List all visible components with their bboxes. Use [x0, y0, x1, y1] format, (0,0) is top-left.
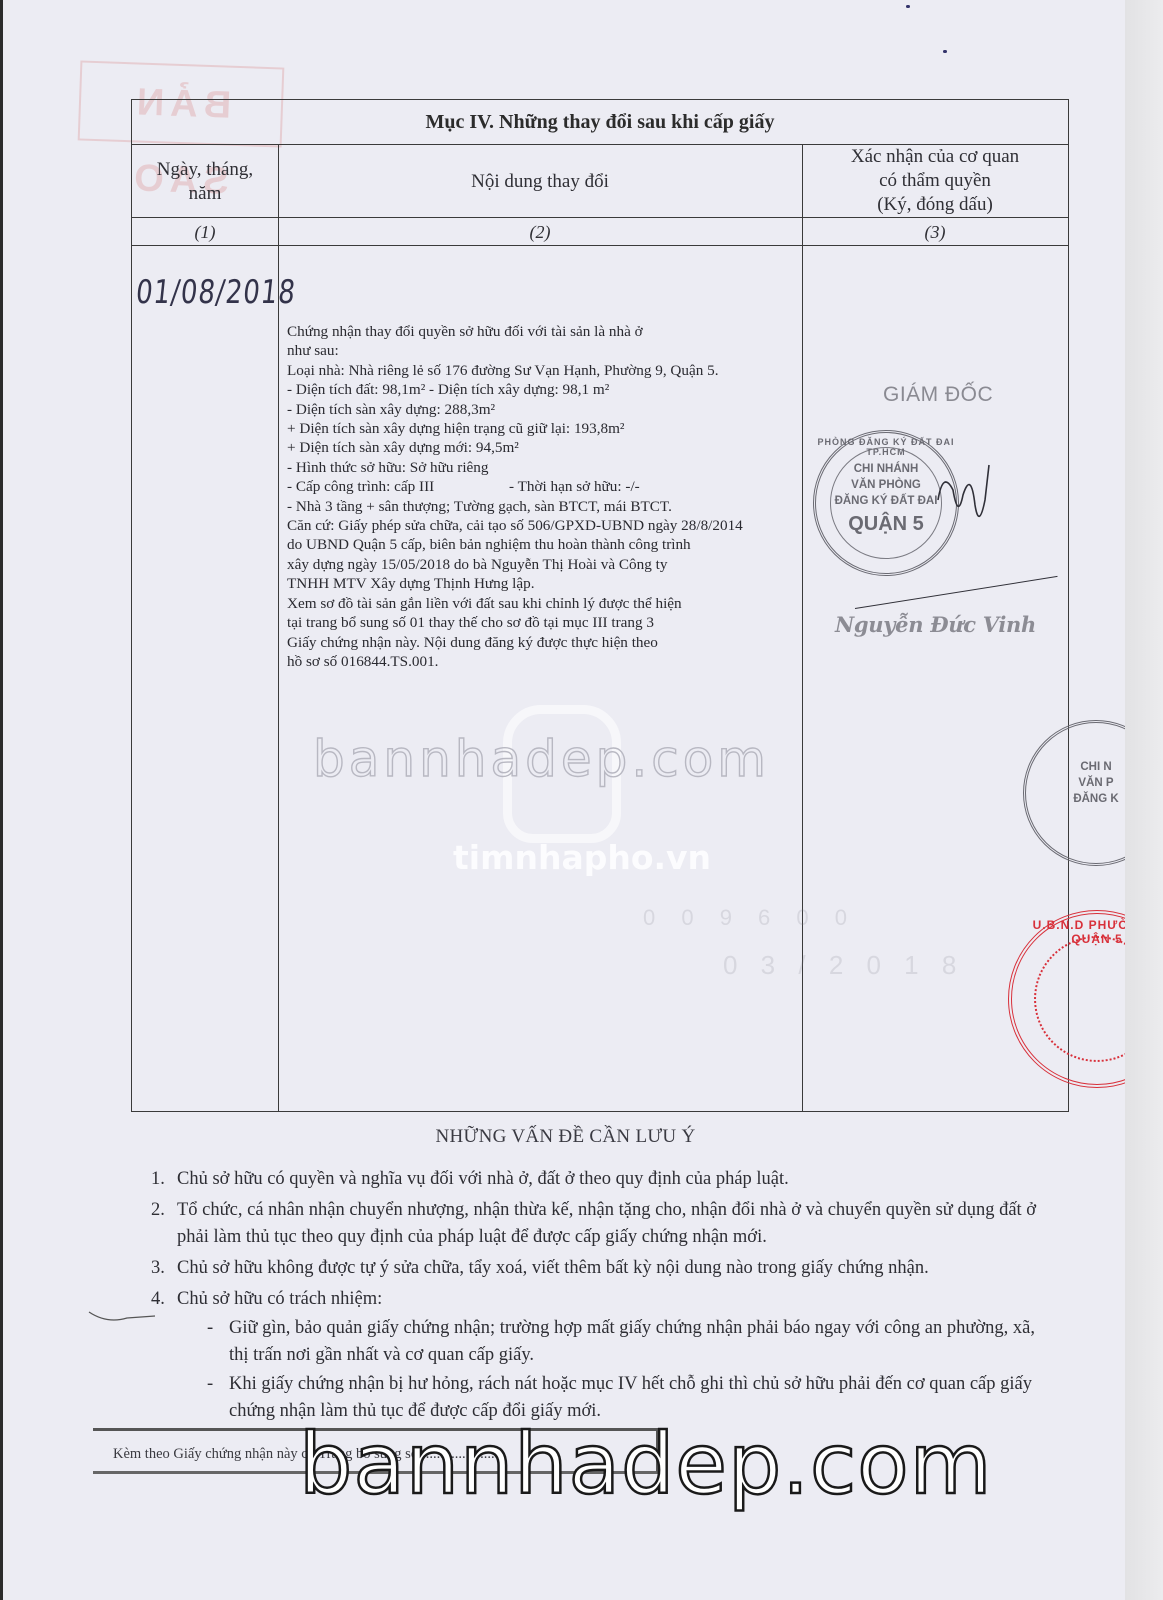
note-text: Tổ chức, cá nhân nhận chuyển nhượng, nhậ…: [177, 1200, 1036, 1247]
term-text: - Thời hạn sở hữu: -/-: [509, 477, 640, 496]
ink-speck: [943, 50, 947, 53]
content-line: tại trang bổ sung số 01 thay thế cho sơ …: [287, 613, 802, 632]
scan-margin: [1125, 0, 1163, 1600]
note-number: 3.: [151, 1255, 165, 1282]
content-line: - Diện tích sàn xây dựng: 288,3m²: [287, 400, 802, 419]
note-item: 1. Chủ sở hữu có quyền và nghĩa vụ đối v…: [151, 1166, 1051, 1193]
note-item: 3. Chủ sở hữu không được tự ý sửa chữa, …: [151, 1255, 1051, 1282]
notes-title: NHỮNG VẤN ĐỀ CẦN LƯU Ý: [3, 1126, 1128, 1148]
subitem-text: Giữ gìn, bảo quản giấy chứng nhận; trườn…: [229, 1318, 1035, 1365]
section-title: Mục IV. Những thay đổi sau khi cấp giấy: [132, 100, 1068, 145]
column-number: (2): [278, 222, 802, 243]
grade-line: - Cấp công trình: cấp III - Thời hạn sở …: [287, 477, 802, 496]
signer-name: Nguyễn Đức Vinh: [835, 612, 1036, 637]
content-line: Giấy chứng nhận này. Nội dung đăng ký đư…: [287, 633, 802, 652]
note-number: 2.: [151, 1197, 165, 1224]
row-divider: [132, 217, 1068, 218]
header-line: Nội dung thay đổi: [278, 170, 802, 194]
content-line: Loại nhà: Nhà riêng lẻ số 176 đường Sư V…: [287, 361, 802, 380]
bleed-through-text: 0 0 9 6 0 0: [643, 905, 857, 931]
subitem-dash: -: [207, 1371, 213, 1398]
entry-date: 01/08/2018: [134, 274, 298, 312]
content-line: - Hình thức sở hữu: Sở hữu riêng: [287, 458, 802, 477]
ink-speck: [906, 5, 910, 8]
subitem-dash: -: [207, 1315, 213, 1342]
subitem-text: Khi giấy chứng nhận bị hư hỏng, rách nát…: [229, 1374, 1032, 1421]
signature-scrawl-icon: [933, 460, 993, 540]
header-line: năm: [132, 182, 278, 206]
column-number: (1): [132, 222, 278, 243]
note-text: Chủ sở hữu có quyền và nghĩa vụ đối với …: [177, 1169, 789, 1189]
bleed-through-text: 0 3 / 2 0 1 8: [723, 950, 964, 981]
row-divider: [132, 245, 1068, 246]
director-title: GIÁM ĐỐC: [883, 383, 993, 407]
header-line: có thẩm quyền: [802, 169, 1068, 193]
content-line: xây dựng ngày 15/05/2018 do bà Nguyễn Th…: [287, 555, 802, 574]
content-line: như sau:: [287, 341, 802, 360]
header-line: (Ký, đóng dấu): [802, 193, 1068, 217]
content-line: hồ sơ số 016844.TS.001.: [287, 652, 802, 671]
note-text: Chủ sở hữu không được tự ý sửa chữa, tẩy…: [177, 1258, 929, 1278]
watermark-text: bannhadep.com: [313, 730, 770, 788]
column-header-confirmation: Xác nhận của cơ quan có thẩm quyền (Ký, …: [802, 145, 1068, 217]
note-item: 4. Chủ sở hữu có trách nhiệm: - Giữ gìn,…: [151, 1286, 1051, 1425]
grade-text: - Cấp công trình: cấp III: [287, 477, 509, 496]
content-line: + Diện tích sàn xây dựng mới: 94,5m²: [287, 438, 802, 457]
column-header-content: Nội dung thay đổi: [278, 170, 802, 194]
header-line: Ngày, tháng,: [132, 158, 278, 182]
content-line: - Diện tích đất: 98,1m² - Diện tích xây …: [287, 380, 802, 399]
note-text: Chủ sở hữu có trách nhiệm:: [177, 1289, 382, 1309]
notes-list: 1. Chủ sở hữu có quyền và nghĩa vụ đối v…: [151, 1166, 1051, 1429]
content-line: Xem sơ đồ tài sản gắn liền với đất sau k…: [287, 594, 802, 613]
document-page: BẢN SAO Mục IV. Những thay đổi sau khi c…: [0, 0, 1125, 1600]
watermark-logo-text: timnhapho.vn: [453, 838, 711, 877]
note-number: 4.: [151, 1286, 165, 1313]
content-line: do UBND Quận 5 cấp, biên bản nghiệm thu …: [287, 535, 802, 554]
note-subitem: - Giữ gìn, bảo quản giấy chứng nhận; trư…: [177, 1315, 1051, 1369]
content-line: + Diện tích sàn xây dựng hiện trạng cũ g…: [287, 419, 802, 438]
pen-mark-icon: [87, 1310, 157, 1330]
note-item: 2. Tổ chức, cá nhân nhận chuyển nhượng, …: [151, 1197, 1051, 1251]
change-content: Chứng nhận thay đổi quyền sở hữu đối với…: [287, 322, 802, 671]
header-line: Xác nhận của cơ quan: [802, 145, 1068, 169]
note-number: 1.: [151, 1166, 165, 1193]
content-line: Căn cứ: Giấy phép sửa chữa, cải tạo số 5…: [287, 516, 802, 535]
content-line: TNHH MTV Xây dựng Thịnh Hưng lập.: [287, 574, 802, 593]
content-line: - Nhà 3 tầng + sân thượng; Tường gạch, s…: [287, 497, 802, 516]
watermark-text-large: bannhadep.com: [299, 1422, 992, 1506]
column-number: (3): [802, 222, 1068, 243]
stamp-ring-text: PHÒNG ĐĂNG KÝ ĐẤT ĐAI TP.HCM: [816, 437, 956, 457]
content-line: Chứng nhận thay đổi quyền sở hữu đối với…: [287, 322, 802, 341]
column-header-date: Ngày, tháng, năm: [132, 158, 278, 206]
